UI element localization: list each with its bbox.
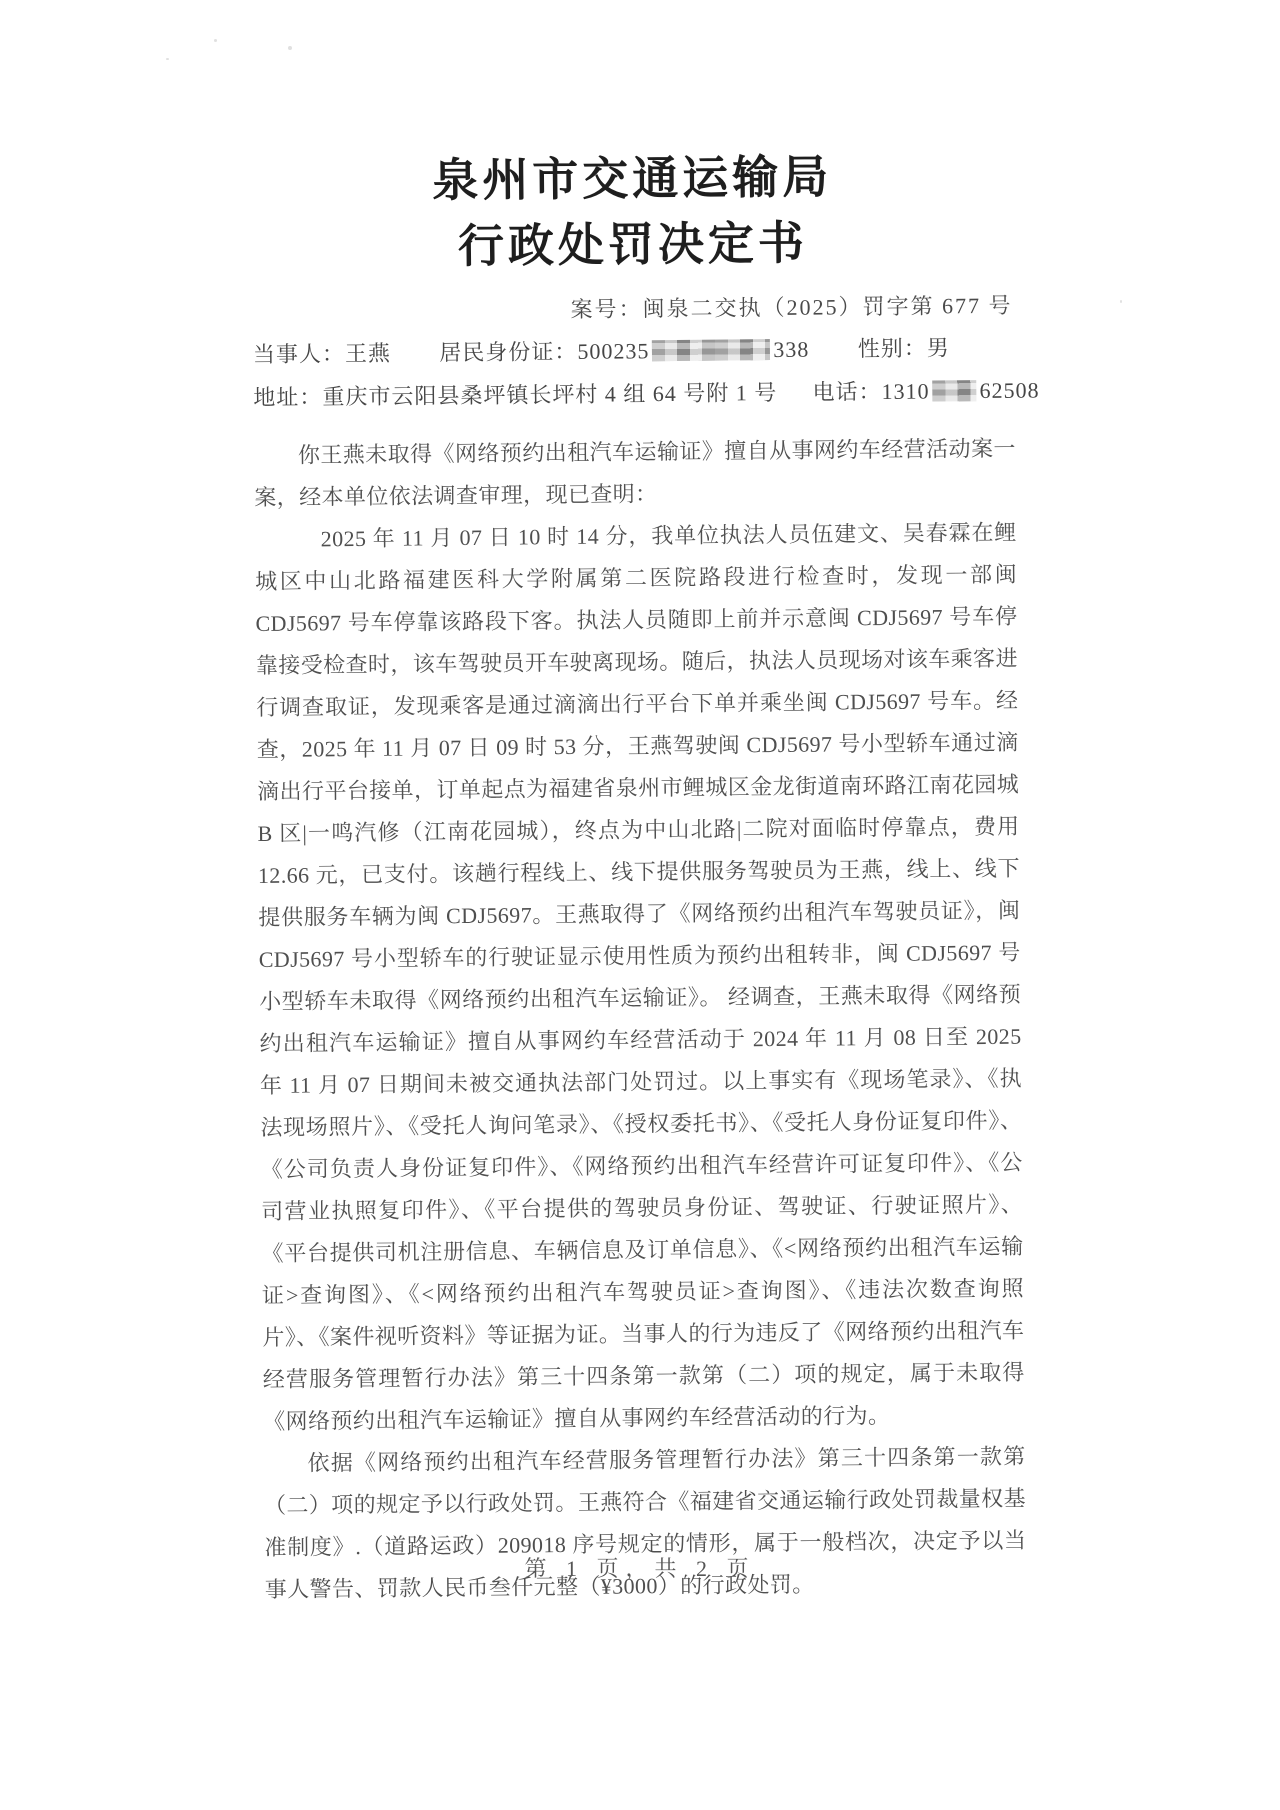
scan-speck [1120, 300, 1122, 303]
paragraph-findings: 2025 年 11 月 07 日 10 时 14 分，我单位执法人员伍建文、吴春… [255, 512, 1026, 1443]
paragraph-decision: 依据《网络预约出租汽车经营服务管理暂行办法》第三十四条第一款第（二）项的规定予以… [263, 1436, 1027, 1611]
party-name: 王燕 [345, 341, 391, 366]
address-info-line: 地址：重庆市云阳县桑坪镇长坪村 4 组 64 号附 1 号电话：13106250… [253, 376, 1015, 413]
id-prefix: 500235 [577, 338, 649, 364]
gender-value: 男 [927, 335, 950, 360]
id-suffix: 338 [773, 337, 809, 362]
party-info-line: 当事人：王燕居民身份证：500235338性别：男 [253, 333, 1015, 370]
phone-suffix: 62508 [979, 377, 1039, 403]
document-content: 泉州市交通运输局 行政处罚决定书 案号：闽泉二交执（2025）罚字第 677 号… [251, 143, 1027, 1611]
redacted-phone-digits [932, 380, 976, 401]
scan-speck [214, 39, 217, 42]
redacted-id-digits [652, 339, 770, 361]
scan-speck [288, 46, 292, 50]
party-label: 当事人： [253, 341, 345, 367]
case-number: 案号：闽泉二交执（2025）罚字第 677 号 [252, 289, 1014, 327]
title-doc-type: 行政处罚决定书 [252, 209, 1015, 282]
scanned-document-page: 泉州市交通运输局 行政处罚决定书 案号：闽泉二交执（2025）罚字第 677 号… [0, 0, 1280, 1810]
page-number-footer: 第 1 页，共 2 页 [0, 1552, 1280, 1583]
gender-label: 性别： [858, 336, 927, 362]
title-agency: 泉州市交通运输局 [251, 143, 1014, 216]
paragraph-case-intro: 你王燕未取得《网络预约出租汽车运输证》擅自从事网约车经营活动案一案，经本单位依法… [254, 428, 1017, 519]
phone-label: 电话： [812, 379, 881, 405]
id-label: 居民身份证： [439, 339, 577, 365]
phone-prefix: 1310 [881, 379, 929, 404]
address-label: 地址： [253, 384, 322, 410]
document-title: 泉州市交通运输局 行政处罚决定书 [251, 143, 1014, 282]
scan-speck [166, 58, 169, 60]
address-value: 重庆市云阳县桑坪镇长坪村 4 组 64 号附 1 号 [322, 380, 777, 409]
